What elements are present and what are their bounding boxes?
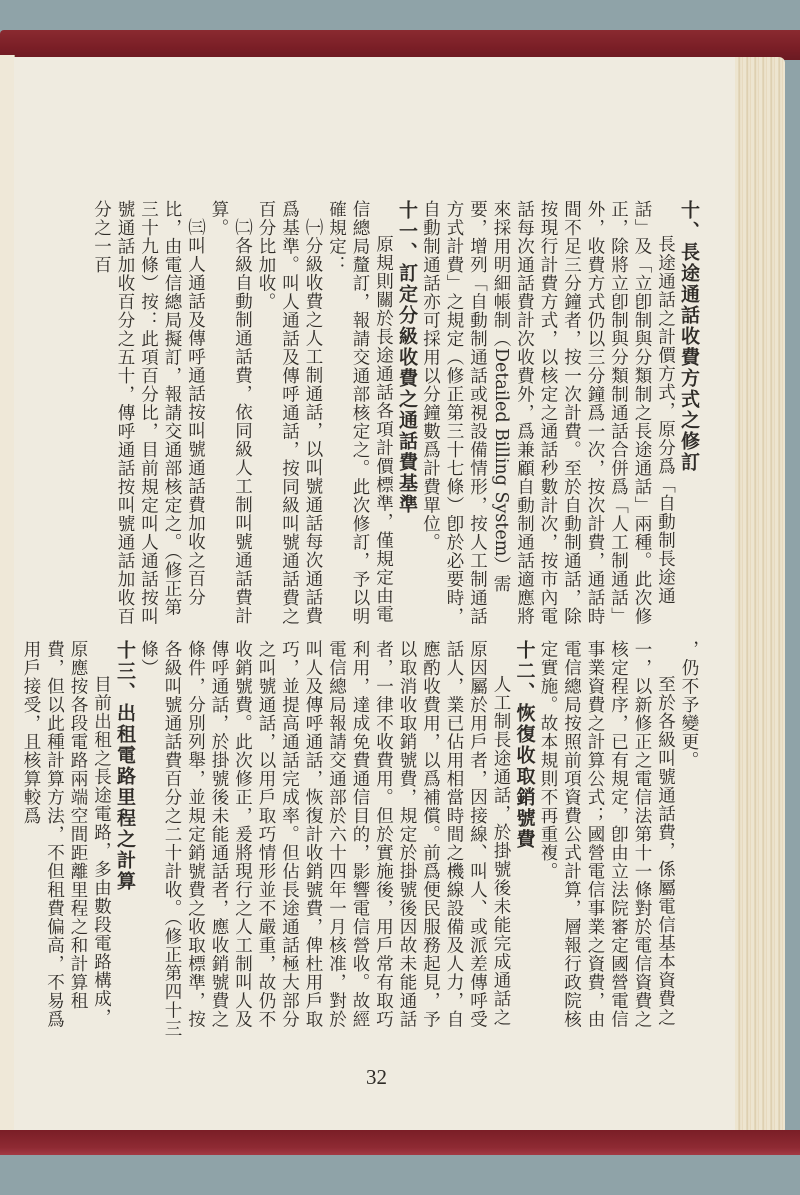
section-11-intro: 原規則關於長途通話各項計價標準，僅規定由電信總局釐訂，報請交通部核定之。此次修訂… bbox=[324, 200, 395, 630]
page-stack-edges bbox=[735, 57, 785, 1135]
section-11-heading: 十一、訂定分級收費之通話費基準 bbox=[396, 200, 418, 515]
section-12-heading: 十二、恢復收取銷號費 bbox=[514, 640, 536, 850]
book-cover-top-edge bbox=[0, 30, 800, 60]
lower-text-region: ，仍不予變更。 至於各級叫號通話費，係屬電信基本資費之一，以新修正之電信法第十一… bbox=[19, 640, 701, 1040]
section-13-paragraph: 目前出租之長途電路，多由數段電路構成，原應按各段電路兩端空間距離里程之和計算租費… bbox=[19, 640, 113, 1040]
section-10-paragraph: 長途通話之計價方式，原分爲「自動制長途通話」及「立卽制與分類制之長途通話」兩種。… bbox=[418, 200, 677, 630]
section-13-heading: 十三、出租電路里程之計算 bbox=[114, 640, 136, 892]
facing-page-edge bbox=[0, 55, 15, 1135]
section-10-heading: 十、長途通話收費方式之修訂 bbox=[678, 200, 700, 473]
section-11-continued: ，仍不予變更。 bbox=[677, 640, 701, 1040]
section-11-item-2: ㈡各級自動制通話費，依同級人工制叫號通話費計算。 bbox=[207, 200, 254, 630]
page-number: 32 bbox=[366, 1065, 387, 1090]
latin-term: Detailed Billing System bbox=[491, 348, 511, 556]
section-11-item-1: ㈠分級收費之人工制通話，以叫號通話每次通話費爲基準。叫人通話及傳呼通話，按同級叫… bbox=[254, 200, 325, 630]
section-11-paragraph-2: 至於各級叫號通話費，係屬電信基本資費之一，以新修正之電信法第十一條對於電信資費之… bbox=[536, 640, 677, 1040]
upper-text-region: 十、長途通話收費方式之修訂 長途通話之計價方式，原分爲「自動制長途通話」及「立卽… bbox=[89, 200, 700, 630]
section-12-paragraph: 人工制長途通話，於掛號後未能完成通話之原因屬於用戶者，因接線、叫人、或派差傳呼受… bbox=[136, 640, 512, 1040]
section-11-item-3: ㈢叫人通話及傳呼通話按叫號通話費加收之百分比，由電信總局擬訂，報請交通部核定之。… bbox=[89, 200, 207, 630]
book-cover-bottom-edge bbox=[0, 1130, 800, 1155]
